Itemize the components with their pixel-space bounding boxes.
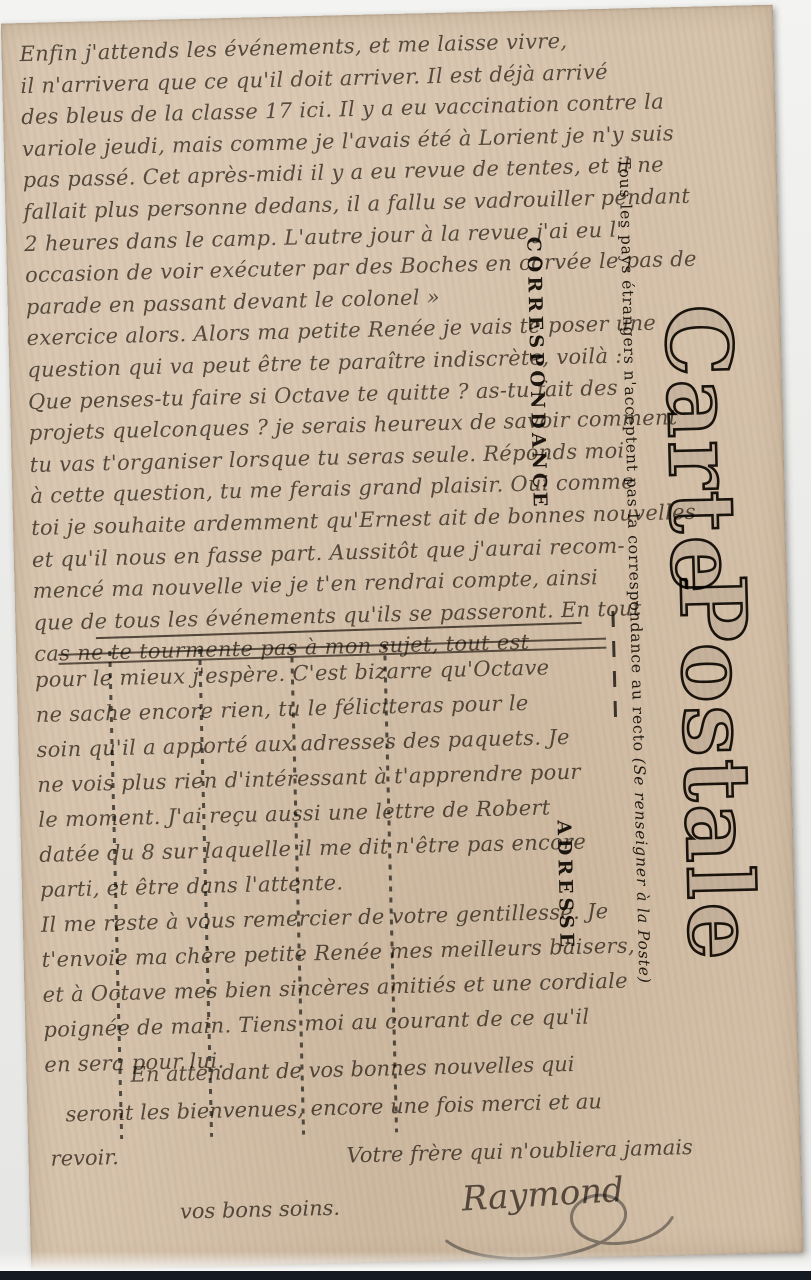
closing-line-2: seront les bienvenues, encore une fois m…: [65, 1089, 602, 1126]
closing-care-line: vos bons soins.: [180, 1196, 341, 1224]
scanner-edge-glow: [0, 1251, 811, 1271]
scanned-postcard-page: { "document_type": "scanned handwritten …: [0, 0, 811, 1280]
scanner-bottom-strip: [0, 1271, 811, 1280]
closing-revoir: revoir.: [50, 1145, 119, 1171]
letter-body-upper: Enfin j'attends les événements, et me la…: [19, 21, 776, 671]
letter-body-lower: pour le mieux j'espère. C'est bizarre qu…: [35, 645, 787, 1083]
postcard-back: Carte Postale CORRESPONDANCE ADRESSE Tou…: [1, 5, 803, 1271]
